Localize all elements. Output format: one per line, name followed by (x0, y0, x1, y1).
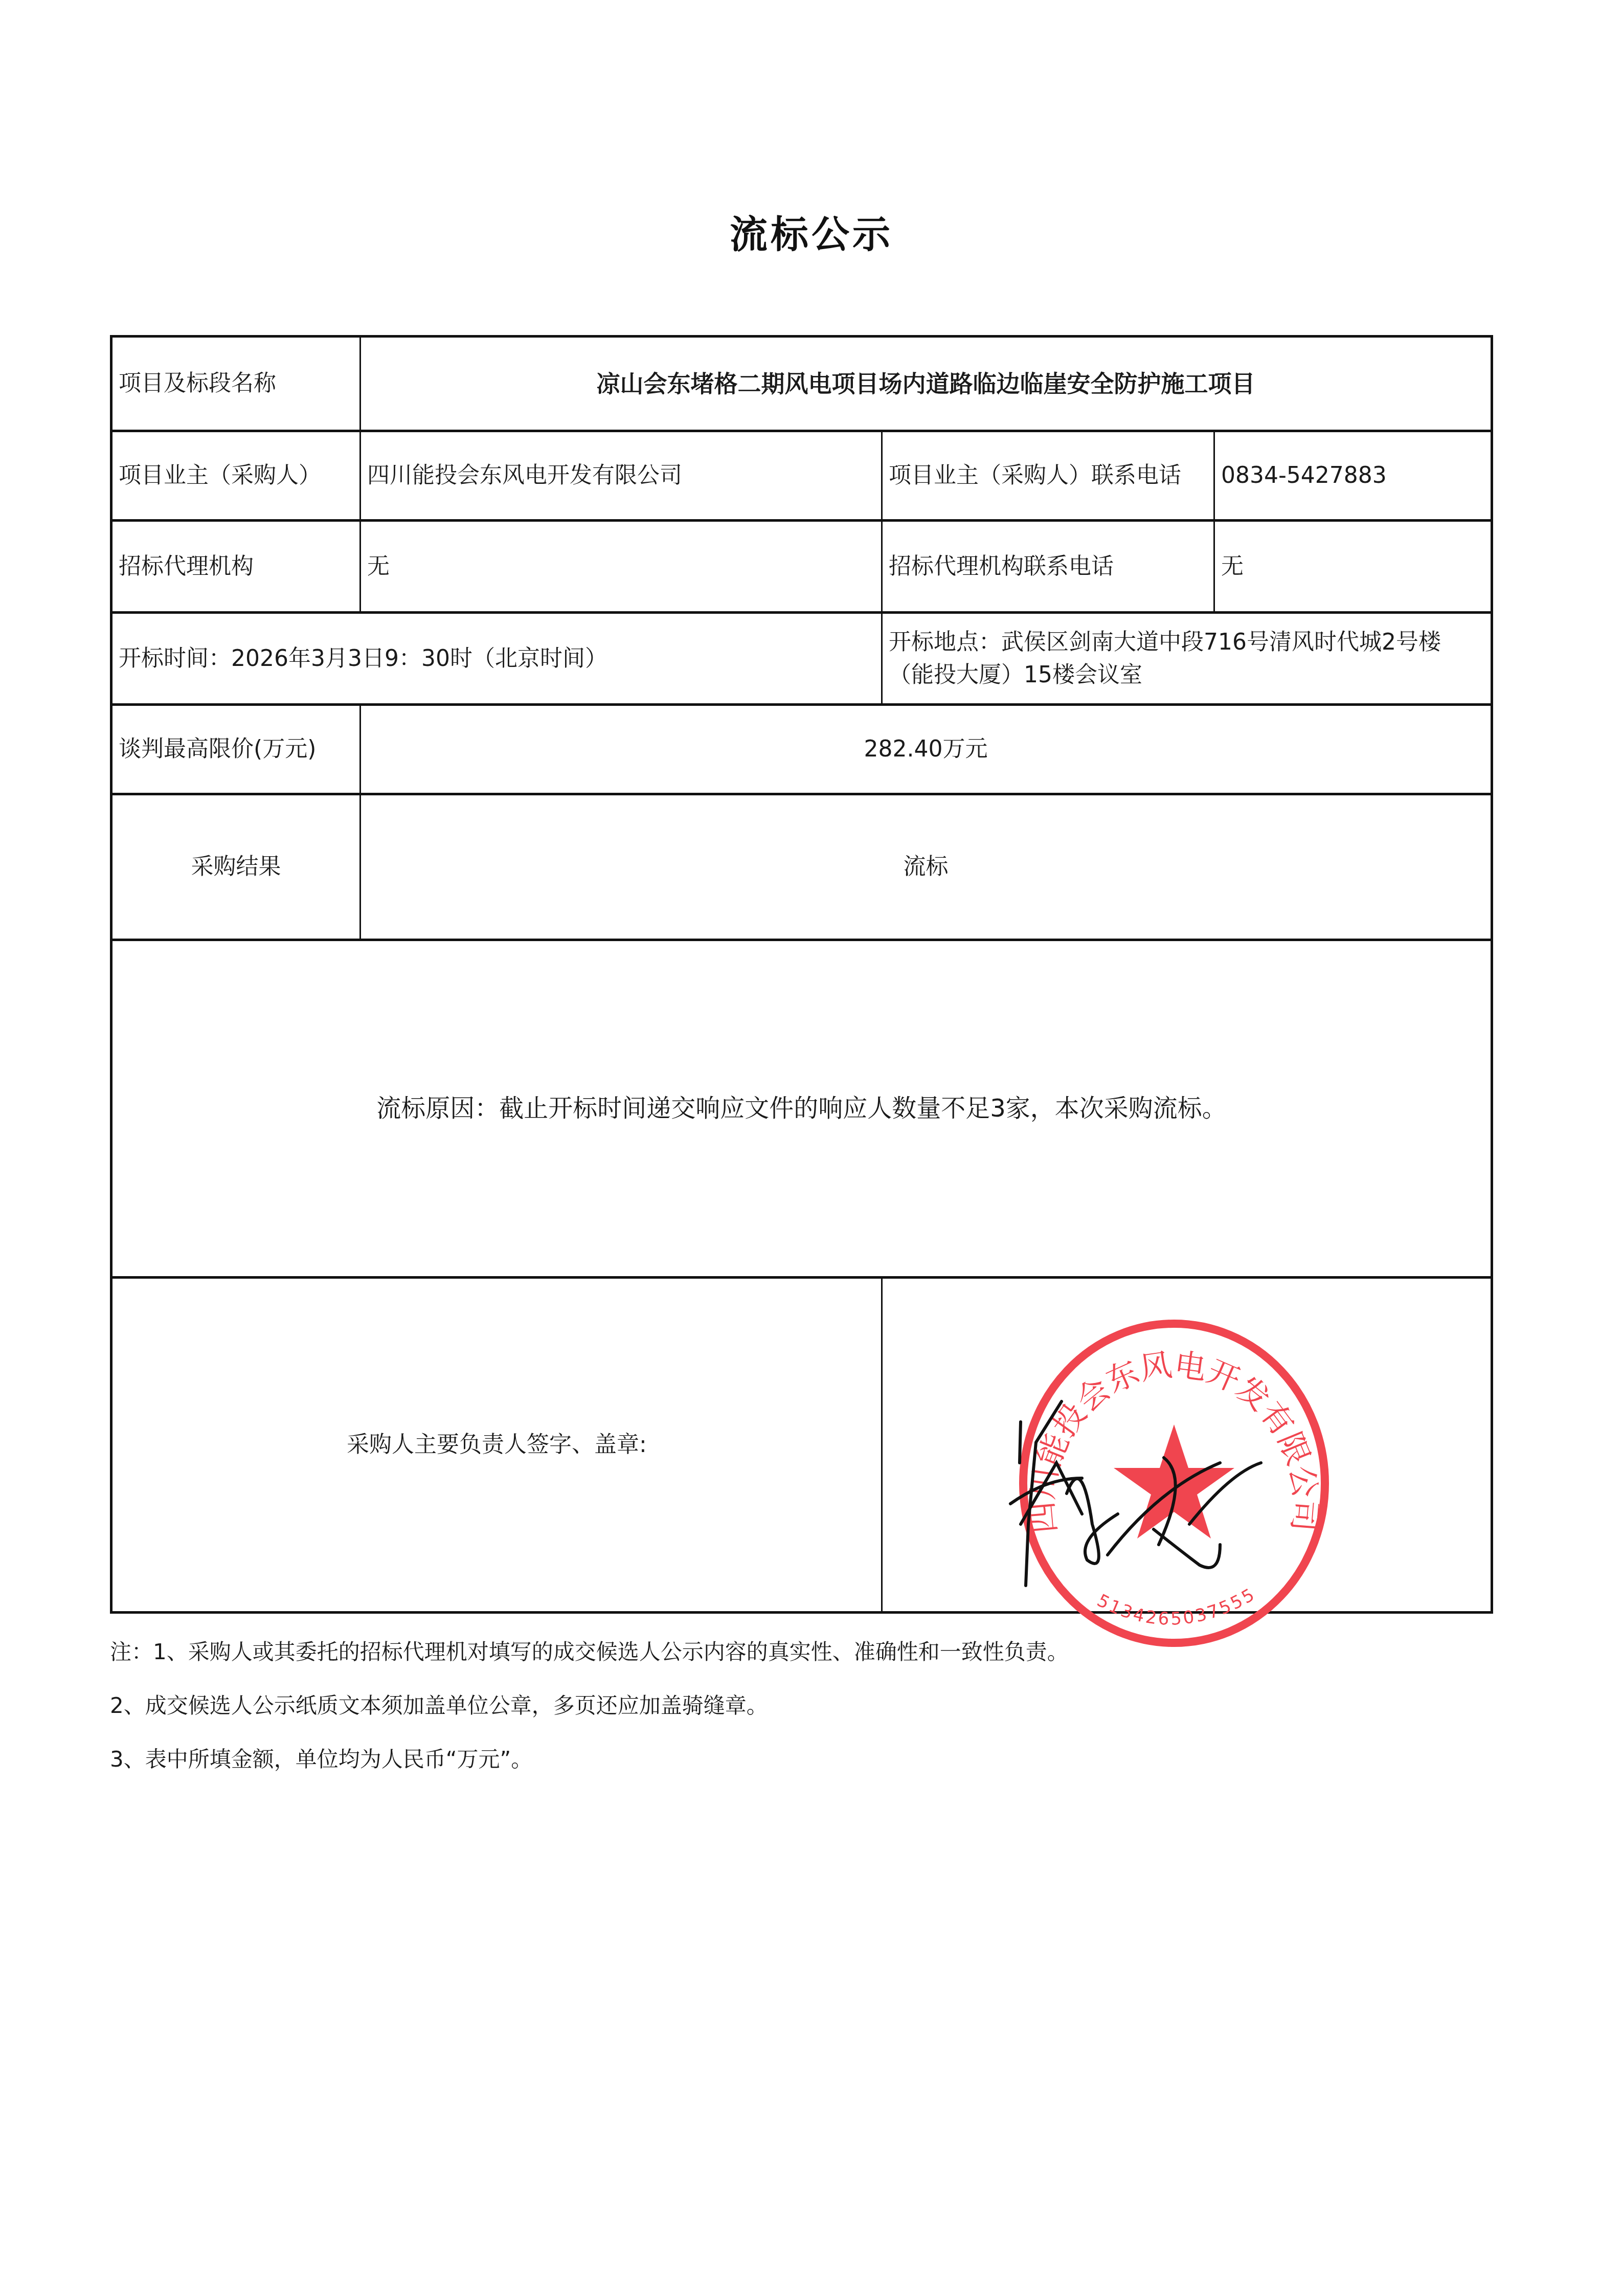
max-price-label: 谈判最高限价(万元) (112, 706, 359, 793)
agency-phone-value: 无 (1213, 522, 1491, 611)
opening-location: 开标地点：武侯区剑南大道中段716号清风时代城2号楼（能投大厦）15楼会议室 (881, 614, 1491, 703)
row-signature: 采购人主要负责人签字、盖章: 四川能投会东风电开发有限公司 5134265037… (112, 1276, 1491, 1611)
row-agency: 招标代理机构 无 招标代理机构联系电话 无 (112, 519, 1491, 611)
note-3: 3、表中所填金额，单位均为人民币“万元”。 (110, 1747, 1069, 1800)
max-price-value: 282.40万元 (359, 706, 1491, 793)
svg-text:5134265037555: 5134265037555 (1094, 1584, 1259, 1629)
owner-label: 项目业主（采购人） (112, 432, 359, 519)
row-owner: 项目业主（采购人） 四川能投会东风电开发有限公司 项目业主（采购人）联系电话 0… (112, 430, 1491, 519)
project-name-value: 凉山会东堵格二期风电项目场内道路临边临崖安全防护施工项目 (359, 338, 1491, 430)
notes: 注：1、采购人或其委托的招标代理机对填写的成交候选人公示内容的真实性、准确性和一… (110, 1639, 1069, 1800)
signature-area: 四川能投会东风电开发有限公司 5134265037555 (881, 1279, 1491, 1611)
result-value: 流标 (359, 795, 1491, 939)
row-opening: 开标时间：2026年3月3日9：30时（北京时间） 开标地点：武侯区剑南大道中段… (112, 611, 1491, 703)
note-1: 注：1、采购人或其委托的招标代理机对填写的成交候选人公示内容的真实性、准确性和一… (110, 1639, 1069, 1693)
row-result: 采购结果 流标 (112, 793, 1491, 939)
result-label: 采购结果 (112, 795, 359, 939)
opening-time: 开标时间：2026年3月3日9：30时（北京时间） (112, 614, 881, 703)
agency-phone-label: 招标代理机构联系电话 (881, 522, 1213, 611)
project-name-label: 项目及标段名称 (112, 338, 359, 430)
row-reason: 流标原因：截止开标时间递交响应文件的响应人数量不足3家，本次采购流标。 (112, 939, 1491, 1276)
company-seal-icon: 四川能投会东风电开发有限公司 5134265037555 (1005, 1309, 1333, 1647)
agency-label: 招标代理机构 (112, 522, 359, 611)
signature-label: 采购人主要负责人签字、盖章: (112, 1279, 881, 1611)
failure-reason: 流标原因：截止开标时间递交响应文件的响应人数量不足3家，本次采购流标。 (112, 941, 1491, 1276)
announcement-table: 项目及标段名称 凉山会东堵格二期风电项目场内道路临边临崖安全防护施工项目 项目业… (110, 335, 1493, 1614)
row-project-name: 项目及标段名称 凉山会东堵格二期风电项目场内道路临边临崖安全防护施工项目 (112, 338, 1491, 430)
owner-phone-label: 项目业主（采购人）联系电话 (881, 432, 1213, 519)
owner-value: 四川能投会东风电开发有限公司 (359, 432, 881, 519)
agency-value: 无 (359, 522, 881, 611)
row-max-price: 谈判最高限价(万元) 282.40万元 (112, 703, 1491, 793)
note-2: 2、成交候选人公示纸质文本须加盖单位公章，多页还应加盖骑缝章。 (110, 1693, 1069, 1747)
page-title: 流标公示 (0, 205, 1623, 259)
owner-phone-value: 0834-5427883 (1213, 432, 1491, 519)
